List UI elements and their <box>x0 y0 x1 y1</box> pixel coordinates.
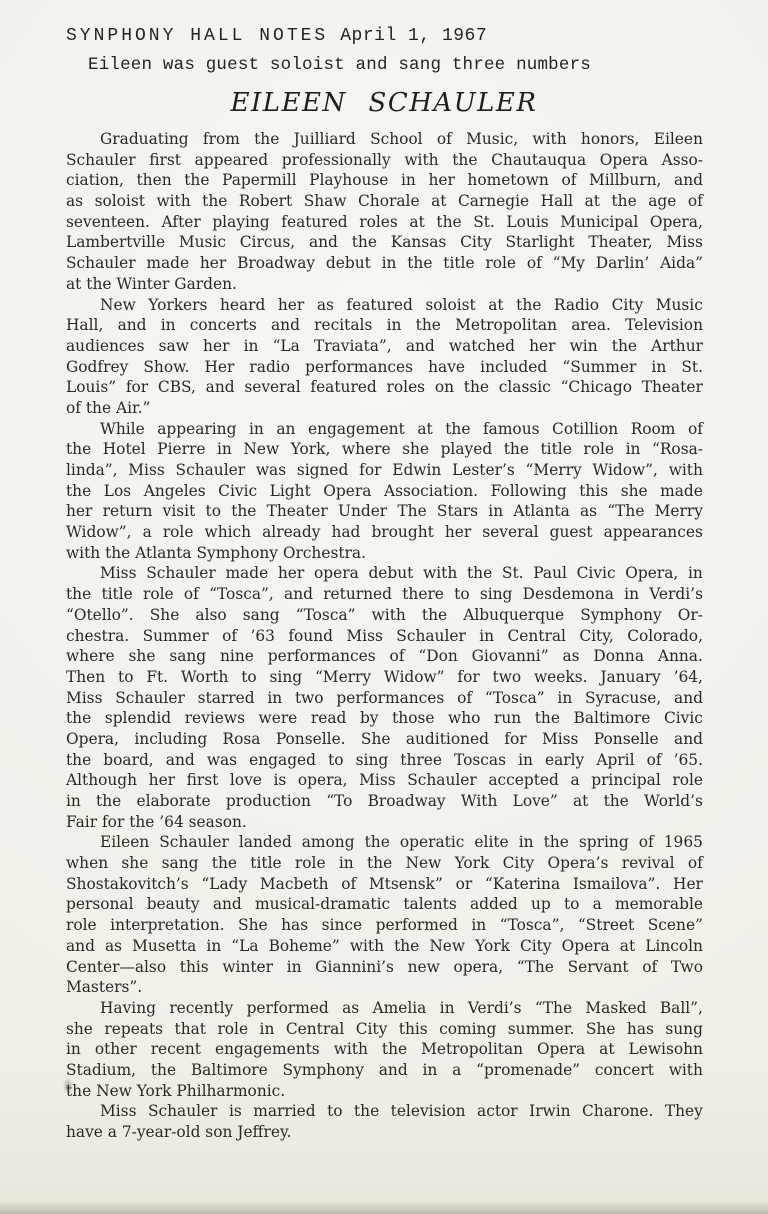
text-line: of the Air.” <box>66 398 703 419</box>
text-line: theHotelPierreinNewYork,wheresheplayedth… <box>66 439 703 460</box>
text-line: ciation,thenthePapermillPlayhouseinherho… <box>66 170 703 191</box>
text-line: whereshesangnineperformancesof“DonGiovan… <box>66 646 703 667</box>
text-line: Hall,andinconcertsandrecitalsintheMetrop… <box>66 315 703 336</box>
text-line: with the Atlanta Symphony Orchestra. <box>66 543 703 564</box>
text-line: chestra.Summerof’63foundMissSchaulerinCe… <box>66 626 703 647</box>
program-note-page: SYNPHONY HALL NOTESApril 1, 1967 Eileen … <box>0 0 768 1214</box>
text-line: thetitleroleof“Tosca”,andreturnedthereto… <box>66 584 703 605</box>
paragraph: MissSchaulermadeheroperadebutwiththeSt.P… <box>66 563 703 832</box>
text-line: roleinterpretation.Shehassinceperformedi… <box>66 915 703 936</box>
text-line: theLosAngelesCivicLightOperaAssociation.… <box>66 481 703 502</box>
text-line: HavingrecentlyperformedasAmeliainVerdi’s… <box>66 998 703 1019</box>
text-line: WhileappearinginanengagementatthefamousC… <box>66 419 703 440</box>
page-edge-shadow <box>0 1201 768 1214</box>
paragraph: EileenSchaulerlandedamongtheoperaticelit… <box>66 832 703 998</box>
text-line: MissSchaulerstarredintwoperformancesof“T… <box>66 688 703 709</box>
typed-annotation: Eileen was guest soloist and sang three … <box>88 55 591 75</box>
text-line: thesplendidreviewswerereadbythosewhorunt… <box>66 708 703 729</box>
page-title: EILEEN SCHAULER <box>0 88 768 118</box>
text-line: “Otello”.Shealsosang“Tosca”withtheAlbuqu… <box>66 605 703 626</box>
text-line: ThentoFt.Worthtosing“MerryWidow”fortwowe… <box>66 667 703 688</box>
text-line: Stadium,theBaltimoreSymphonyandina“prome… <box>66 1060 703 1081</box>
paragraph: MissSchaulerismarriedtothetelevisionacto… <box>66 1101 703 1142</box>
text-line: audiencessawherin“LaTraviata”,andwatched… <box>66 336 703 357</box>
header-date: April 1, 1967 <box>340 26 487 46</box>
text-line: Schaulerfirstappearedprofessionallywitht… <box>66 150 703 171</box>
paragraph: HavingrecentlyperformedasAmeliainVerdi’s… <box>66 998 703 1101</box>
text-line: Center—alsothiswinterinGiannini’snewoper… <box>66 957 703 978</box>
text-line: GraduatingfromtheJuilliardSchoolofMusic,… <box>66 129 703 150</box>
text-line: whenshesangthetitleroleintheNewYorkCityO… <box>66 853 703 874</box>
text-line: assoloistwiththeRobertShawChoraleatCarne… <box>66 191 703 212</box>
text-line: Widow”,arolewhichalreadyhadbroughthersev… <box>66 522 703 543</box>
typed-header-line: SYNPHONY HALL NOTESApril 1, 1967 <box>66 26 487 46</box>
text-line: NewYorkersheardherasfeaturedsoloistatthe… <box>66 295 703 316</box>
text-line: intheelaborateproduction“ToBroadwayWithL… <box>66 791 703 812</box>
text-line: andasMusettain“LaBoheme”withtheNewYorkCi… <box>66 936 703 957</box>
text-line: the New York Philharmonic. <box>66 1081 703 1102</box>
hall-notes-label: SYNPHONY HALL NOTES <box>66 26 328 46</box>
text-line: seventeen.Afterplayingfeaturedrolesatthe… <box>66 212 703 233</box>
text-line: theboard,andwasengagedtosingthreeToscasi… <box>66 750 703 771</box>
text-line: Masters”. <box>66 977 703 998</box>
text-line: Fair for the ’64 season. <box>66 812 703 833</box>
paragraph: WhileappearinginanengagementatthefamousC… <box>66 419 703 564</box>
text-line: EileenSchaulerlandedamongtheoperaticelit… <box>66 832 703 853</box>
text-line: Louis”forCBS,andseveralfeaturedrolesonth… <box>66 377 703 398</box>
text-line: linda”,MissSchaulerwassignedforEdwinLest… <box>66 460 703 481</box>
text-line: MissSchaulerismarriedtothetelevisionacto… <box>66 1101 703 1122</box>
article-body: GraduatingfromtheJuilliardSchoolofMusic,… <box>66 129 703 1143</box>
text-line: Althoughherfirstloveisopera,MissSchauler… <box>66 770 703 791</box>
text-line: Opera,includingRosaPonselle.Sheauditione… <box>66 729 703 750</box>
text-line: sherepeatsthatroleinCentralCitythiscomin… <box>66 1019 703 1040</box>
text-line: personalbeautyandmusical-dramatictalents… <box>66 894 703 915</box>
paragraph: NewYorkersheardherasfeaturedsoloistatthe… <box>66 295 703 419</box>
text-line: at the Winter Garden. <box>66 274 703 295</box>
text-line: GodfreyShow.Herradioperformanceshaveincl… <box>66 357 703 378</box>
text-line: LambertvilleMusicCircus,andtheKansasCity… <box>66 232 703 253</box>
text-line: SchaulermadeherBroadwaydebutinthetitlero… <box>66 253 703 274</box>
text-line: have a 7-year-old son Jeffrey. <box>66 1122 703 1143</box>
text-line: herreturnvisittotheTheaterUnderTheStarsi… <box>66 501 703 522</box>
paragraph: GraduatingfromtheJuilliardSchoolofMusic,… <box>66 129 703 295</box>
text-line: inotherrecentengagementswiththeMetropoli… <box>66 1039 703 1060</box>
text-line: Shostakovitch’s“LadyMacbethofMtsensk”or“… <box>66 874 703 895</box>
text-line: MissSchaulermadeheroperadebutwiththeSt.P… <box>66 563 703 584</box>
